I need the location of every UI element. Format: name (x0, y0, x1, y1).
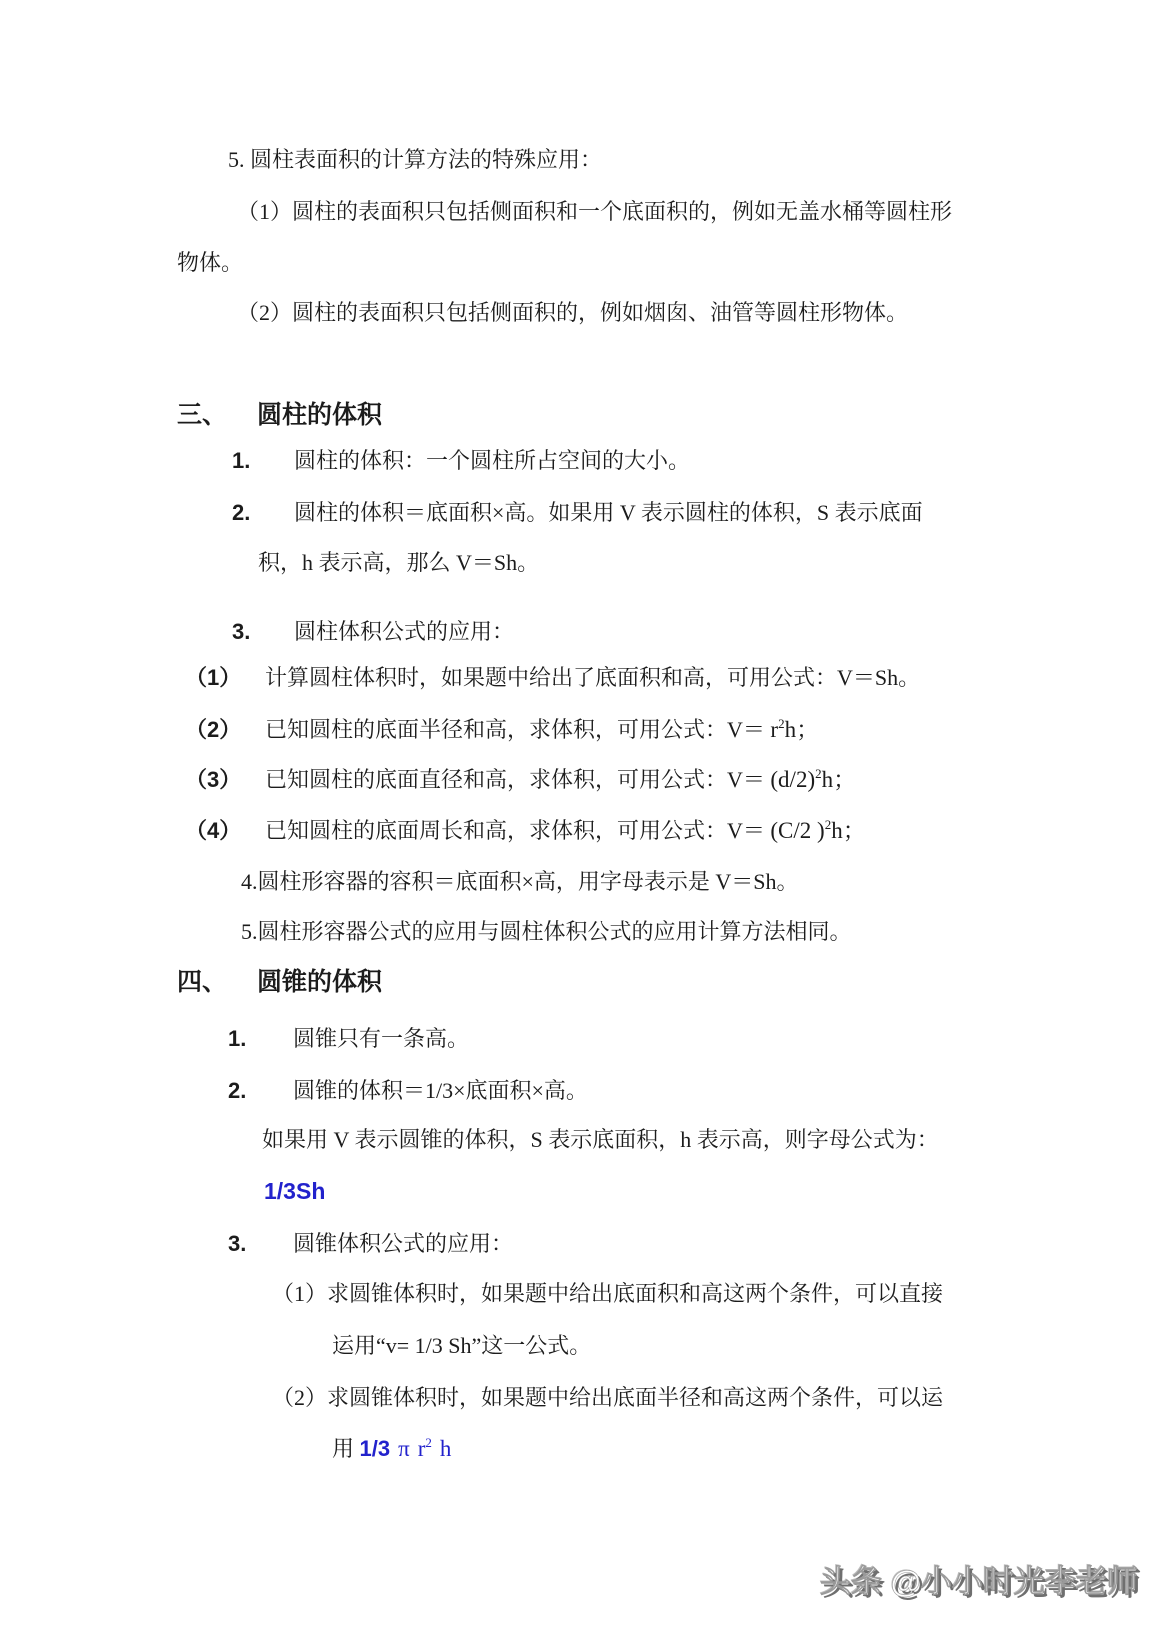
cone-item1: 1.圆锥只有一条高。 (228, 1025, 469, 1052)
list-number: 2. (228, 1077, 293, 1104)
app-text: 已知圆柱的底面周长和高，求体积，可用公式：V＝ (265, 818, 770, 843)
list-text: 圆柱体积公式的应用： (294, 619, 514, 644)
cone-app1-line2: 运用“v= 1/3 Sh”这一公式。 (332, 1332, 591, 1359)
cone-app2-line2: 用 1/3πr2h (332, 1435, 451, 1465)
cyl-item2-line2: 积，h 表示高，那么 V＝Sh。 (258, 549, 539, 576)
formula-fraction: 1/3 (360, 1436, 391, 1461)
cone-item2: 2.圆锥的体积＝1/3×底面积×高。 (228, 1077, 588, 1104)
cone-note: 如果用 V 表示圆锥的体积，S 表示底面积，h 表示高，则字母公式为： (262, 1126, 939, 1153)
paren-number: （4） (185, 817, 265, 844)
cyl-app3: （3）已知圆柱的底面直径和高，求体积，可用公式：V＝ (d/2)2h； (185, 766, 856, 796)
list-number: 2. (232, 499, 294, 526)
cyl-item1: 1.圆柱的体积：一个圆柱所占空间的大小。 (232, 447, 690, 474)
surface-sub2: （2）圆柱的表面积只包括侧面积的，例如烟囱、油管等圆柱形物体。 (237, 299, 908, 326)
formula-h: h (440, 1436, 452, 1461)
section-title: 圆锥的体积 (257, 968, 382, 996)
list-number: 1. (232, 447, 294, 474)
section-number: 四、 (177, 969, 257, 996)
section-heading-cone-volume: 四、圆锥的体积 (177, 969, 382, 996)
section-number: 三、 (177, 402, 257, 429)
cyl-item5: 5.圆柱形容器公式的应用与圆柱体积公式的应用计算方法相同。 (241, 918, 852, 945)
surface-item5-heading: 5. 圆柱表面积的计算方法的特殊应用： (228, 146, 602, 173)
document-page: 5. 圆柱表面积的计算方法的特殊应用： （1）圆柱的表面积只包括侧面积和一个底面… (0, 0, 1152, 1629)
paren-number: （1） (185, 664, 265, 691)
list-text: 圆锥只有一条高。 (293, 1026, 469, 1051)
cone-app1-line1: （1）求圆锥体积时，如果题中给出底面积和高这两个条件，可以直接 (272, 1280, 943, 1307)
list-text: 圆柱的体积＝底面积×高。如果用 V 表示圆柱的体积，S 表示底面 (294, 500, 923, 525)
toutiao-watermark: 头条 @小小时光李老师 (820, 1556, 1138, 1601)
formula-superscript: 2 (425, 1435, 432, 1450)
app-text: 计算圆柱体积时，如果题中给出了底面积和高，可用公式：V＝Sh。 (265, 665, 920, 690)
paren-number: （2） (185, 716, 265, 743)
cone-item3: 3.圆锥体积公式的应用： (228, 1230, 513, 1257)
surface-sub1-line2: 物体。 (177, 249, 243, 276)
app-text: 已知圆柱的底面半径和高，求体积，可用公式：V＝ (265, 717, 770, 742)
list-number: 3. (228, 1230, 293, 1257)
formula-prefix: 用 (332, 1436, 360, 1461)
cone-app2-line1: （2）求圆锥体积时，如果题中给出底面半径和高这两个条件，可以运 (272, 1384, 943, 1411)
list-text: 圆锥的体积＝1/3×底面积×高。 (293, 1078, 588, 1103)
paren-number: （3） (185, 766, 265, 793)
formula-base: r (770, 717, 778, 742)
formula-base: (d/2) (770, 767, 815, 792)
cyl-item4: 4.圆柱形容器的容积＝底面积×高，用字母表示是 V＝Sh。 (241, 868, 799, 895)
cone-formula-one-third-sh: 1/3Sh (264, 1178, 325, 1205)
cyl-item2-line1: 2.圆柱的体积＝底面积×高。如果用 V 表示圆柱的体积，S 表示底面 (232, 499, 923, 526)
list-text: 圆锥体积公式的应用： (293, 1231, 513, 1256)
formula-superscript: 2 (825, 817, 832, 832)
cyl-app4: （4）已知圆柱的底面周长和高，求体积，可用公式：V＝ (C/2 )2h； (185, 817, 866, 847)
cyl-item3: 3.圆柱体积公式的应用： (232, 618, 514, 645)
formula-tail: h； (831, 818, 866, 843)
cyl-app1: （1）计算圆柱体积时，如果题中给出了底面积和高，可用公式：V＝Sh。 (185, 664, 920, 691)
list-number: 1. (228, 1025, 293, 1052)
formula-superscript: 2 (815, 766, 822, 781)
pi-symbol: π (398, 1436, 410, 1461)
section-title: 圆柱的体积 (257, 401, 382, 429)
section-heading-cylinder-volume: 三、圆柱的体积 (177, 402, 382, 429)
formula-superscript: 2 (778, 716, 785, 731)
formula-tail: h； (822, 767, 857, 792)
app-text: 已知圆柱的底面直径和高，求体积，可用公式：V＝ (265, 767, 770, 792)
cyl-app2: （2）已知圆柱的底面半径和高，求体积，可用公式：V＝ r2h； (185, 716, 819, 746)
formula-tail: h； (785, 717, 820, 742)
formula-base: (C/2 ) (770, 818, 824, 843)
list-number: 3. (232, 618, 294, 645)
surface-sub1-line1: （1）圆柱的表面积只包括侧面积和一个底面积的，例如无盖水桶等圆柱形 (237, 198, 952, 225)
list-text: 圆柱的体积：一个圆柱所占空间的大小。 (294, 448, 690, 473)
